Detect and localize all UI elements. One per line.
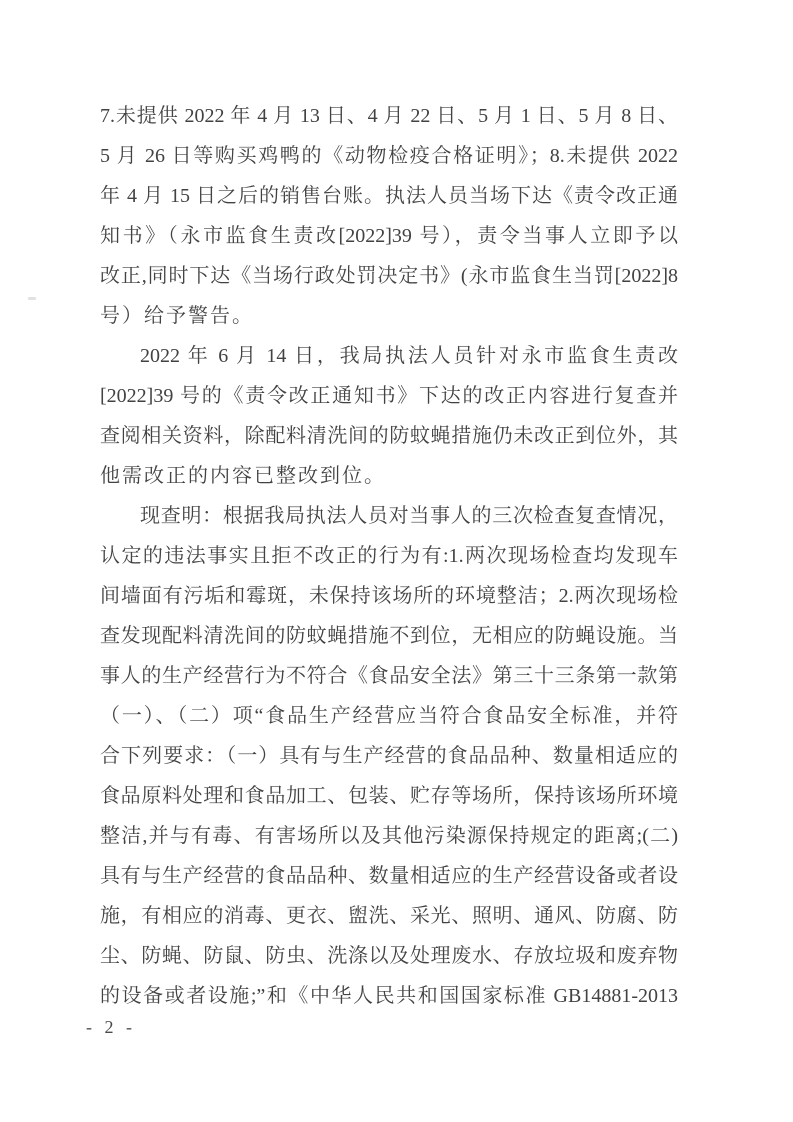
document-page: 7.未提供 2022 年 4 月 13 日、4 月 22 日、5 月 1 日、5… xyxy=(0,0,793,1122)
text-line: 查发现配料清洗间的防蚊蝇措施不到位，无相应的防蝇设施。当 xyxy=(100,616,678,656)
paragraph: 2022 年 6 月 14 日，我局执法人员针对永市监食生责改[2022]39 … xyxy=(100,336,678,496)
text-line: 他需改正的内容已整改到位。 xyxy=(100,456,678,496)
text-line: 具有与生产经营的食品品种、数量相适应的生产经营设备或者设 xyxy=(100,856,678,896)
text-line: 整洁,并与有毒、有害场所以及其他污染源保持规定的距离;(二) xyxy=(100,816,678,856)
text-line: 2022 年 6 月 14 日，我局执法人员针对永市监食生责改 xyxy=(100,336,678,376)
text-line: 食品原料处理和食品加工、包装、贮存等场所，保持该场所环境 xyxy=(100,776,678,816)
text-line: 合下列要求：（一）具有与生产经营的食品品种、数量相适应的 xyxy=(100,736,678,776)
text-line: 现查明：根据我局执法人员对当事人的三次检查复查情况， xyxy=(100,496,678,536)
text-line: 尘、防蝇、防鼠、防虫、洗涤以及处理废水、存放垃圾和废弃物 xyxy=(100,936,678,976)
text-line: 5 月 26 日等购买鸡鸭的《动物检疫合格证明》；8.未提供 2022 xyxy=(100,136,678,176)
text-line: 7.未提供 2022 年 4 月 13 日、4 月 22 日、5 月 1 日、5… xyxy=(100,96,678,136)
text-line: 的设备或者设施;”和《中华人民共和国国家标准 GB14881-2013 xyxy=(100,976,678,1016)
text-line: 查阅相关资料，除配料清洗间的防蚊蝇措施仍未改正到位外，其 xyxy=(100,416,678,456)
page-number: - 2 - xyxy=(86,1014,136,1040)
text-line: （一）、（二）项“食品生产经营应当符合食品安全标准，并符 xyxy=(100,696,678,736)
text-line: 年 4 月 15 日之后的销售台账。执法人员当场下达《责令改正通 xyxy=(100,176,678,216)
text-line: [2022]39 号的《责令改正通知书》下达的改正内容进行复查并 xyxy=(100,376,678,416)
text-line: 间墙面有污垢和霉斑，未保持该场所的环境整洁；2.两次现场检 xyxy=(100,576,678,616)
text-line: 改正,同时下达《当场行政处罚决定书》(永市监食生当罚[2022]8 xyxy=(100,256,678,296)
text-line: 知书》（永市监食生责改[2022]39 号），责令当事人立即予以 xyxy=(100,216,678,256)
text-line: 施，有相应的消毒、更衣、盥洗、采光、照明、通风、防腐、防 xyxy=(100,896,678,936)
scan-artifact xyxy=(28,297,36,300)
text-line: 号）给予警告。 xyxy=(100,296,678,336)
text-line: 事人的生产经营行为不符合《食品安全法》第三十三条第一款第 xyxy=(100,656,678,696)
text-line: 认定的违法事实且拒不改正的行为有:1.两次现场检查均发现车 xyxy=(100,536,678,576)
paragraph: 现查明：根据我局执法人员对当事人的三次检查复查情况，认定的违法事实且拒不改正的行… xyxy=(100,496,678,1016)
paragraph: 7.未提供 2022 年 4 月 13 日、4 月 22 日、5 月 1 日、5… xyxy=(100,96,678,336)
document-body: 7.未提供 2022 年 4 月 13 日、4 月 22 日、5 月 1 日、5… xyxy=(100,96,678,1016)
